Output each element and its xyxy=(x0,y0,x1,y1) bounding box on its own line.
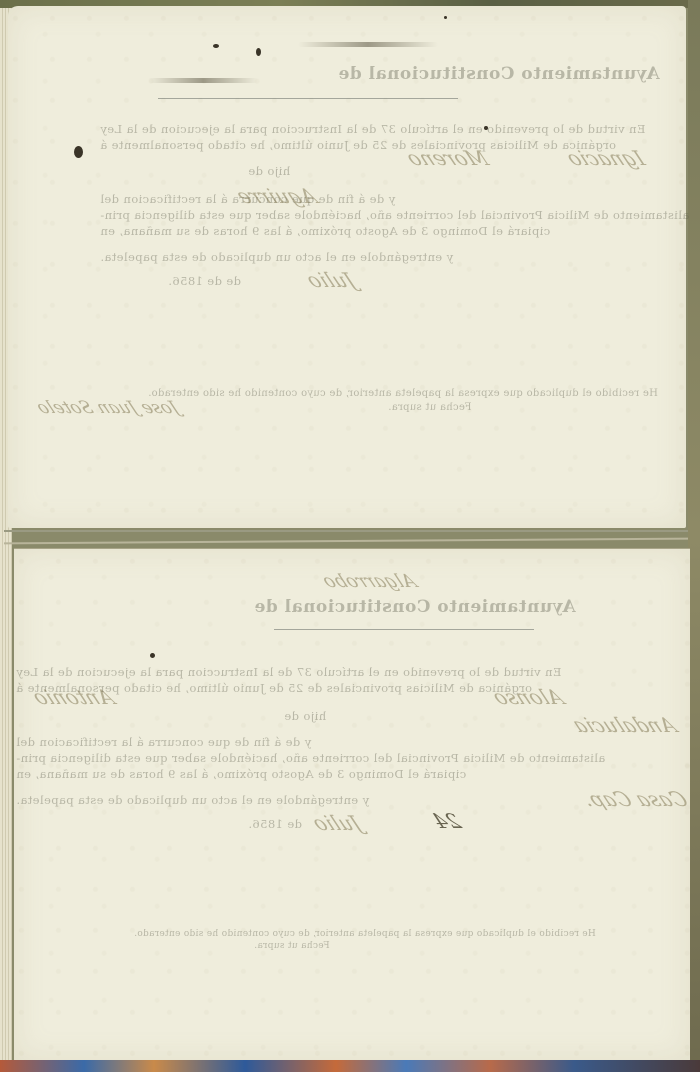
heading-underline xyxy=(158,98,458,99)
lower-body-line-3: hijo de xyxy=(284,709,326,723)
page-fold xyxy=(4,530,688,532)
upper-form-heading: Ayuntamiento Constitucional de xyxy=(338,64,660,84)
handwritten-date: Julio xyxy=(302,268,359,292)
upper-footnote-line-1: He recibido el duplicado que expresa la … xyxy=(148,388,658,399)
lower-body-line-5: alistamiento de Milicia Provincial del c… xyxy=(16,751,605,765)
handwritten-name: Antonio xyxy=(28,685,118,709)
ink-smear xyxy=(298,42,438,47)
handwritten-name: Ignacio xyxy=(562,146,648,170)
ink-blot xyxy=(256,48,261,56)
handwritten-name: Alonso xyxy=(488,685,567,709)
handwritten-month: Julio xyxy=(308,811,365,835)
upper-body-line-1: En virtud de lo prevenido en el artículo… xyxy=(100,122,645,136)
lower-date-line: de 1856. xyxy=(248,817,302,831)
marbled-book-cover xyxy=(0,1060,700,1072)
handwritten-name: Andalucia xyxy=(568,713,680,737)
handwritten-day: 24 xyxy=(428,809,465,833)
upper-footnote-line-2: Fecha ut supra. xyxy=(388,402,472,413)
lower-body-line-7: y entregándole en el acto un duplicado d… xyxy=(16,793,369,807)
upper-body-line-6: cipiará el Domingo 3 de Agosto próximo, … xyxy=(100,224,550,238)
upper-body-line-2: orgánica de Milicias provinciales de 25 … xyxy=(100,138,616,152)
upper-body-line-7: y entregándole en el acto un duplicado d… xyxy=(100,250,453,264)
upper-form-page: Ayuntamiento Constitucional de En virtud… xyxy=(8,6,686,528)
page-fold xyxy=(4,538,688,545)
handwritten-signature: Jose Juan Sotelo xyxy=(33,398,182,418)
lower-body-line-1: En virtud de lo prevenido en el artículo… xyxy=(16,665,561,679)
upper-body-line-5: alistamiento de Milicia Provincial del c… xyxy=(100,208,689,222)
lower-footnote-line-1: He recibido el duplicado que expresa la … xyxy=(134,929,596,939)
ink-smear xyxy=(148,78,258,83)
ink-blot xyxy=(444,16,447,19)
ink-blot xyxy=(74,146,83,158)
lower-form-heading: Ayuntamiento Constitucional de xyxy=(254,597,576,617)
lower-form-page: Algarrobo Ayuntamiento Constitucional de… xyxy=(14,548,690,1061)
handwritten-town: Algarrobo xyxy=(319,571,420,592)
ink-blot xyxy=(150,653,155,658)
handwritten-place: Casa Cap. xyxy=(578,787,691,811)
handwritten-name: Aguirre xyxy=(232,184,321,208)
upper-date-line: de de 1856. xyxy=(168,274,241,288)
heading-underline xyxy=(274,629,534,630)
upper-body-line-3: hijo de xyxy=(248,164,290,178)
lower-body-line-6: cipiará el Domingo 3 de Agosto próximo, … xyxy=(16,767,466,781)
ink-blot xyxy=(213,44,219,48)
lower-footnote-line-2: Fecha ut supra. xyxy=(254,941,330,951)
handwritten-name: Moreno xyxy=(402,146,492,170)
lower-body-line-4: y de á fin de que concurra á la rectific… xyxy=(16,735,311,749)
